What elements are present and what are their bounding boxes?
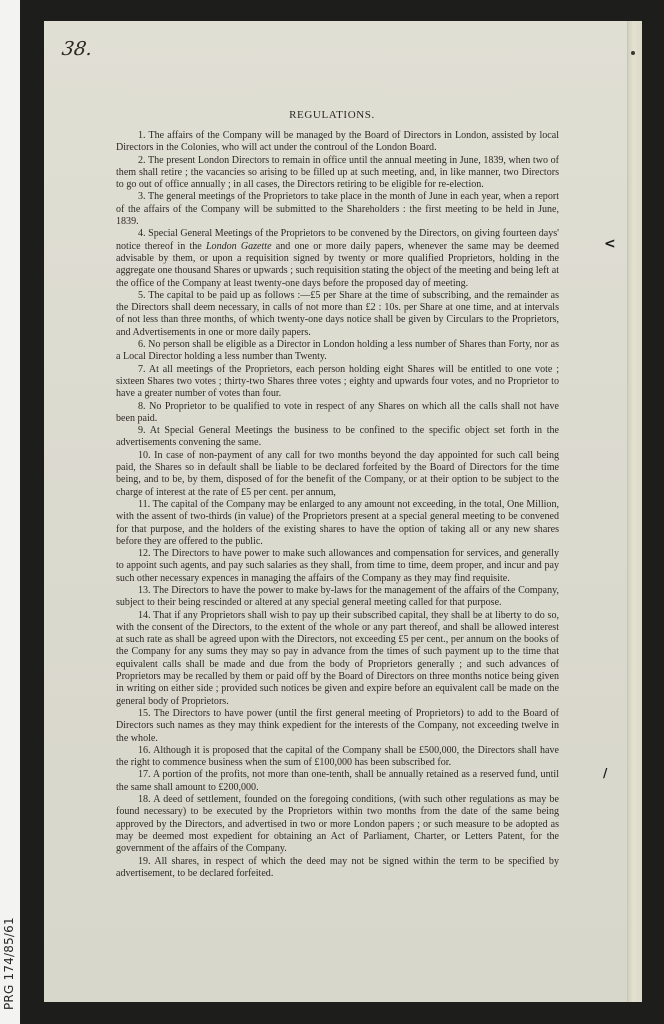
regulation-number: 5. (138, 290, 146, 301)
archive-label-strip: PRG 174/85/61 (0, 0, 20, 1024)
regulation-17: 17. A portion of the profits, not more t… (116, 769, 559, 794)
regulation-number: 19. (138, 856, 151, 867)
regulation-text: In case of non-payment of any call for t… (116, 450, 559, 498)
folio-number: 38. (60, 38, 93, 60)
regulation-number: 15. (138, 708, 151, 719)
regulation-text: The Directors to have power to make such… (116, 548, 559, 584)
regulation-text: Although it is proposed that the capital… (116, 745, 559, 768)
regulation-text: The present London Directors to remain i… (116, 155, 559, 191)
regulation-11: 11. The capital of the Company may be en… (116, 499, 559, 548)
regulation-number: 4. (138, 228, 146, 239)
margin-mark-icon: / (603, 766, 607, 780)
pin-hole-mark (631, 51, 635, 55)
regulation-3: 3. The general meetings of the Proprieto… (116, 191, 559, 228)
regulation-text: All shares, in respect of which the deed… (116, 856, 559, 879)
regulation-13: 13. The Directors to have the power to m… (116, 585, 559, 610)
regulation-number: 13. (138, 585, 151, 596)
regulation-number: 11. (138, 499, 150, 510)
regulation-text: The Directors to have the power to make … (116, 585, 559, 608)
regulation-18: 18. A deed of settlement, founded on the… (116, 794, 559, 855)
margin-mark-icon: < (604, 236, 616, 252)
regulation-16: 16. Although it is proposed that the cap… (116, 745, 559, 770)
regulation-number: 10. (138, 450, 151, 461)
regulation-text: No person shall be eligible as a Directo… (116, 339, 559, 362)
regulation-number: 14. (138, 610, 151, 621)
regulation-text: No Proprietor to be qualified to vote in… (116, 401, 559, 424)
regulation-1: 1. The affairs of the Company will be ma… (116, 130, 559, 155)
document-title: REGULATIONS. (0, 109, 664, 121)
regulation-number: 12. (138, 548, 151, 559)
regulation-19: 19. All shares, in respect of which the … (116, 856, 559, 881)
regulation-10: 10. In case of non-payment of any call f… (116, 450, 559, 499)
regulation-number: 1. (138, 130, 146, 141)
regulation-15: 15. The Directors to have power (until t… (116, 708, 559, 745)
regulation-6: 6. No person shall be eligible as a Dire… (116, 339, 559, 364)
regulation-number: 3. (138, 191, 146, 202)
regulations-list: 1. The affairs of the Company will be ma… (116, 130, 559, 880)
regulation-7: 7. At all meetings of the Proprietors, e… (116, 364, 559, 401)
regulation-text: At Special General Meetings the business… (116, 425, 559, 448)
regulation-14: 14. That if any Proprietors shall wish t… (116, 610, 559, 708)
regulation-12: 12. The Directors to have power to make … (116, 548, 559, 585)
regulation-text: A portion of the profits, not more than … (116, 769, 559, 792)
regulation-number: 9. (138, 425, 146, 436)
regulation-4: 4. Special General Meetings of the Propr… (116, 228, 559, 289)
regulation-number: 6. (138, 339, 146, 350)
call-number-label: PRG 174/85/61 (2, 926, 18, 1010)
regulation-5: 5. The capital to be paid up as follows … (116, 290, 559, 339)
regulation-text: The Directors to have power (until the f… (116, 708, 559, 744)
regulation-text: That if any Proprietors shall wish to pa… (116, 610, 559, 707)
regulation-text: At all meetings of the Proprietors, each… (116, 364, 559, 400)
regulation-text: The general meetings of the Proprietors … (116, 191, 559, 227)
regulation-2: 2. The present London Directors to remai… (116, 155, 559, 192)
page-fold-edge (627, 21, 642, 1002)
regulation-number: 8. (138, 401, 146, 412)
regulation-number: 18. (138, 794, 151, 805)
regulation-text: The affairs of the Company will be manag… (116, 130, 559, 153)
regulation-text: The capital to be paid up as follows :—£… (116, 290, 559, 338)
gazette-title-italic: London Gazette (206, 241, 272, 252)
regulation-number: 7. (138, 364, 146, 375)
regulation-number: 17. (138, 769, 151, 780)
regulation-text: A deed of settlement, founded on the for… (116, 794, 559, 854)
regulation-8: 8. No Proprietor to be qualified to vote… (116, 401, 559, 426)
regulation-number: 16. (138, 745, 151, 756)
regulation-number: 2. (138, 155, 146, 166)
regulation-text: The capital of the Company may be enlarg… (116, 499, 559, 547)
regulation-9: 9. At Special General Meetings the busin… (116, 425, 559, 450)
